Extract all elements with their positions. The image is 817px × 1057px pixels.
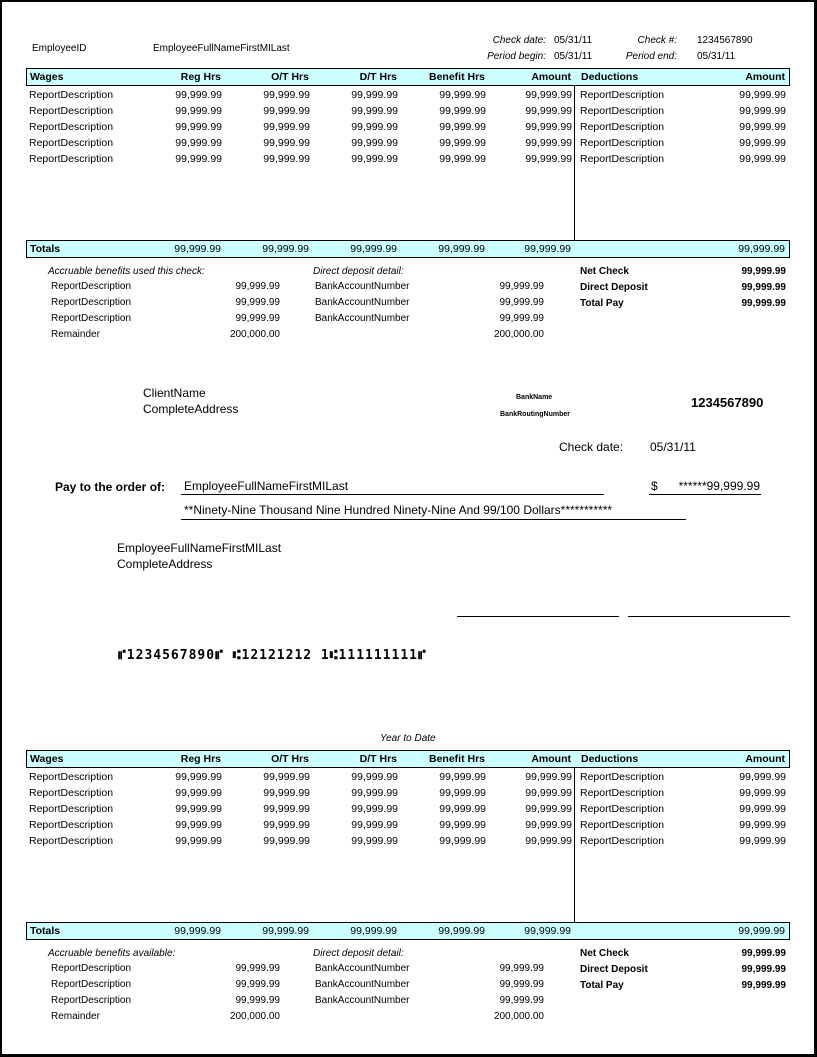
period-begin-label: Period begin: xyxy=(487,51,546,62)
cell-damt: 99,999.99 xyxy=(739,803,786,815)
period-begin: 05/31/11 xyxy=(554,51,592,62)
cell-damt: 99,999.99 xyxy=(739,819,786,831)
cell-reg: 99,999.99 xyxy=(175,803,222,815)
cell-amt: 99,999.99 xyxy=(525,819,572,831)
cell-ben: 99,999.99 xyxy=(439,121,486,133)
deposit-account: BankAccountNumber xyxy=(315,313,410,324)
column-header-deductions: Deductions xyxy=(581,753,638,765)
earnings-row: ReportDescription99,999.9999,999.9999,99… xyxy=(26,152,790,168)
accruable-value: 99,999.99 xyxy=(236,963,281,974)
cell-amt: 99,999.99 xyxy=(525,787,572,799)
summary-label: Direct Deposit xyxy=(580,282,648,293)
cell-ded: ReportDescription xyxy=(580,803,664,815)
dollar-sign: $ xyxy=(651,479,658,493)
deposit-account: BankAccountNumber xyxy=(315,297,410,308)
cell-ot: 99,999.99 xyxy=(263,835,310,847)
amount-words-line xyxy=(181,519,686,520)
check-number-large: 1234567890 xyxy=(691,395,763,410)
mail-name: EmployeeFullNameFirstMILast xyxy=(117,541,281,555)
check-number: 1234567890 xyxy=(697,35,753,46)
totals-label: Totals xyxy=(30,925,60,937)
cell-amt: 99,999.99 xyxy=(525,803,572,815)
cell-amt: 99,999.99 xyxy=(525,137,572,149)
pay-to-label: Pay to the order of: xyxy=(55,480,165,494)
column-header-wages: Wages xyxy=(30,71,63,83)
column-header-ded-amount: Amount xyxy=(745,71,785,83)
total-ot: 99,999.99 xyxy=(262,925,309,937)
earnings-row: ReportDescription99,999.9999,999.9999,99… xyxy=(26,802,790,818)
cell-desc: ReportDescription xyxy=(29,835,113,847)
deposit-account: BankAccountNumber xyxy=(315,281,410,292)
cell-reg: 99,999.99 xyxy=(175,121,222,133)
cell-amt: 99,999.99 xyxy=(525,835,572,847)
check-date: 05/31/11 xyxy=(554,35,592,46)
accruable-desc: ReportDescription xyxy=(51,281,131,292)
earnings-row: ReportDescription99,999.9999,999.9999,99… xyxy=(26,88,790,104)
cell-ben: 99,999.99 xyxy=(439,153,486,165)
cell-desc: ReportDescription xyxy=(29,803,113,815)
total-dt: 99,999.99 xyxy=(350,925,397,937)
earnings-row: ReportDescription99,999.9999,999.9999,99… xyxy=(26,786,790,802)
check-date-label: Check date: xyxy=(493,35,546,46)
payee-name: EmployeeFullNameFirstMILast xyxy=(184,479,348,493)
check-number-label: Check #: xyxy=(638,35,677,46)
period-end: 05/31/11 xyxy=(697,51,735,62)
column-header-ded-amount: Amount xyxy=(745,753,785,765)
cell-ben: 99,999.99 xyxy=(439,787,486,799)
accruable-value: 99,999.99 xyxy=(236,979,281,990)
accruable-title: Accruable benefits available: xyxy=(48,948,175,959)
cell-ot: 99,999.99 xyxy=(263,121,310,133)
cell-ben: 99,999.99 xyxy=(439,137,486,149)
client-name: ClientName xyxy=(143,386,206,400)
total-amt: 99,999.99 xyxy=(524,243,571,255)
cell-dt: 99,999.99 xyxy=(351,121,398,133)
cell-dt: 99,999.99 xyxy=(351,787,398,799)
summary-label: Net Check xyxy=(580,948,629,959)
cell-ded: ReportDescription xyxy=(580,121,664,133)
cell-reg: 99,999.99 xyxy=(175,819,222,831)
earnings-row: ReportDescription99,999.9999,999.9999,99… xyxy=(26,104,790,120)
cell-dt: 99,999.99 xyxy=(351,89,398,101)
client-address: CompleteAddress xyxy=(143,402,238,416)
cell-ot: 99,999.99 xyxy=(263,803,310,815)
cell-reg: 99,999.99 xyxy=(175,89,222,101)
cell-dt: 99,999.99 xyxy=(351,137,398,149)
column-header-benefit-hrs: Benefit Hrs xyxy=(429,71,485,83)
cell-ben: 99,999.99 xyxy=(439,803,486,815)
total-ben: 99,999.99 xyxy=(438,243,485,255)
accruable-value: 200,000.00 xyxy=(230,1011,280,1022)
cell-ot: 99,999.99 xyxy=(263,105,310,117)
cell-amt: 99,999.99 xyxy=(525,89,572,101)
employee-name: EmployeeFullNameFirstMILast xyxy=(153,43,290,54)
summary-label: Net Check xyxy=(580,266,629,277)
cell-amt: 99,999.99 xyxy=(525,771,572,783)
cell-damt: 99,999.99 xyxy=(739,153,786,165)
total-amt: 99,999.99 xyxy=(524,925,571,937)
deposit-account: BankAccountNumber xyxy=(315,963,410,974)
bank-name: BankName xyxy=(516,394,552,401)
accruable-value: 99,999.99 xyxy=(236,281,281,292)
accruable-desc: ReportDescription xyxy=(51,995,131,1006)
column-header-benefit-hrs: Benefit Hrs xyxy=(429,753,485,765)
cell-amt: 99,999.99 xyxy=(525,121,572,133)
cell-ot: 99,999.99 xyxy=(263,137,310,149)
column-header-ot-hrs: O/T Hrs xyxy=(271,71,309,83)
cell-damt: 99,999.99 xyxy=(739,105,786,117)
earnings-row: ReportDescription99,999.9999,999.9999,99… xyxy=(26,834,790,850)
accruable-value: 99,999.99 xyxy=(236,297,281,308)
cell-desc: ReportDescription xyxy=(29,153,113,165)
cell-reg: 99,999.99 xyxy=(175,771,222,783)
check-date-label-large: Check date: xyxy=(559,440,623,454)
accruable-value: 200,000.00 xyxy=(230,329,280,340)
period-end-label: Period end: xyxy=(626,51,677,62)
accruable-desc: ReportDescription xyxy=(51,313,131,324)
cell-desc: ReportDescription xyxy=(29,137,113,149)
cell-amt: 99,999.99 xyxy=(525,105,572,117)
cell-ot: 99,999.99 xyxy=(263,153,310,165)
cell-damt: 99,999.99 xyxy=(739,771,786,783)
deposit-value: 200,000.00 xyxy=(494,329,544,340)
mail-address: CompleteAddress xyxy=(117,557,212,571)
cell-ot: 99,999.99 xyxy=(263,819,310,831)
cell-amt: 99,999.99 xyxy=(525,153,572,165)
signature-line-2 xyxy=(628,616,790,617)
earnings-header: WagesReg HrsO/T HrsD/T HrsBenefit HrsAmo… xyxy=(26,68,790,86)
column-header-reg-hrs: Reg Hrs xyxy=(181,71,221,83)
signature-line-1 xyxy=(457,616,619,617)
column-header-amount: Amount xyxy=(531,753,571,765)
deposit-value: 99,999.99 xyxy=(500,995,545,1006)
cell-dt: 99,999.99 xyxy=(351,819,398,831)
accruable-value: 99,999.99 xyxy=(236,995,281,1006)
cell-ot: 99,999.99 xyxy=(263,771,310,783)
column-header-ot-hrs: O/T Hrs xyxy=(271,753,309,765)
micr-line: ⑈1234567890⑈ ⑆12121212 1⑆111111111⑈ xyxy=(118,648,427,663)
total-reg: 99,999.99 xyxy=(174,925,221,937)
cell-damt: 99,999.99 xyxy=(739,835,786,847)
totals-row: Totals99,999.9999,999.9999,999.9999,999.… xyxy=(26,922,790,940)
summary-value: 99,999.99 xyxy=(742,298,787,309)
totals-label: Totals xyxy=(30,243,60,255)
deposit-title: Direct deposit detail: xyxy=(313,266,404,277)
cell-ben: 99,999.99 xyxy=(439,819,486,831)
cell-ded: ReportDescription xyxy=(580,787,664,799)
check-date-large: 05/31/11 xyxy=(650,440,696,454)
accruable-desc: Remainder xyxy=(51,1011,100,1022)
deposit-value: 99,999.99 xyxy=(500,979,545,990)
summary-value: 99,999.99 xyxy=(742,948,787,959)
employee-id: EmployeeID xyxy=(32,43,86,54)
summary-value: 99,999.99 xyxy=(742,980,787,991)
deposit-title: Direct deposit detail: xyxy=(313,948,404,959)
cell-ben: 99,999.99 xyxy=(439,835,486,847)
cell-damt: 99,999.99 xyxy=(739,89,786,101)
total-ben: 99,999.99 xyxy=(438,925,485,937)
cell-ded: ReportDescription xyxy=(580,771,664,783)
deposit-value: 99,999.99 xyxy=(500,313,545,324)
deposit-account: BankAccountNumber xyxy=(315,995,410,1006)
deposit-account: BankAccountNumber xyxy=(315,979,410,990)
check-amount: ******99,999.99 xyxy=(679,479,760,493)
cell-reg: 99,999.99 xyxy=(175,137,222,149)
earnings-header: WagesReg HrsO/T HrsD/T HrsBenefit HrsAmo… xyxy=(26,750,790,768)
cell-desc: ReportDescription xyxy=(29,89,113,101)
amount-words: **Ninety-Nine Thousand Nine Hundred Nine… xyxy=(184,503,612,517)
summary-label: Direct Deposit xyxy=(580,964,648,975)
cell-ben: 99,999.99 xyxy=(439,771,486,783)
cell-reg: 99,999.99 xyxy=(175,787,222,799)
cell-damt: 99,999.99 xyxy=(739,121,786,133)
cell-dt: 99,999.99 xyxy=(351,771,398,783)
accruable-value: 99,999.99 xyxy=(236,313,281,324)
cell-dt: 99,999.99 xyxy=(351,803,398,815)
accruable-desc: ReportDescription xyxy=(51,979,131,990)
cell-ben: 99,999.99 xyxy=(439,105,486,117)
cell-damt: 99,999.99 xyxy=(739,137,786,149)
deposit-value: 99,999.99 xyxy=(500,281,545,292)
cell-reg: 99,999.99 xyxy=(175,835,222,847)
payee-line xyxy=(181,494,604,495)
cell-ded: ReportDescription xyxy=(580,89,664,101)
total-dt: 99,999.99 xyxy=(350,243,397,255)
cell-dt: 99,999.99 xyxy=(351,835,398,847)
cell-dt: 99,999.99 xyxy=(351,105,398,117)
total-damt: 99,999.99 xyxy=(738,925,785,937)
cell-desc: ReportDescription xyxy=(29,121,113,133)
deposit-value: 99,999.99 xyxy=(500,963,545,974)
cell-ded: ReportDescription xyxy=(580,153,664,165)
total-damt: 99,999.99 xyxy=(738,243,785,255)
cell-desc: ReportDescription xyxy=(29,819,113,831)
cell-damt: 99,999.99 xyxy=(739,787,786,799)
cell-ben: 99,999.99 xyxy=(439,89,486,101)
total-reg: 99,999.99 xyxy=(174,243,221,255)
earnings-row: ReportDescription99,999.9999,999.9999,99… xyxy=(26,136,790,152)
bank-routing: BankRoutingNumber xyxy=(500,411,570,418)
cell-reg: 99,999.99 xyxy=(175,153,222,165)
deposit-value: 99,999.99 xyxy=(500,297,545,308)
summary-label: Total Pay xyxy=(580,298,624,309)
accruable-title: Accruable benefits used this check: xyxy=(48,266,205,277)
deposit-value: 200,000.00 xyxy=(494,1011,544,1022)
ytd-title: Year to Date xyxy=(380,733,436,744)
cell-reg: 99,999.99 xyxy=(175,105,222,117)
total-ot: 99,999.99 xyxy=(262,243,309,255)
column-header-amount: Amount xyxy=(531,71,571,83)
column-header-dt-hrs: D/T Hrs xyxy=(360,71,397,83)
cell-ded: ReportDescription xyxy=(580,819,664,831)
earnings-row: ReportDescription99,999.9999,999.9999,99… xyxy=(26,818,790,834)
summary-value: 99,999.99 xyxy=(742,282,787,293)
amount-line xyxy=(649,494,761,495)
cell-ded: ReportDescription xyxy=(580,835,664,847)
column-header-deductions: Deductions xyxy=(581,71,638,83)
cell-desc: ReportDescription xyxy=(29,787,113,799)
accruable-desc: ReportDescription xyxy=(51,297,131,308)
totals-row: Totals99,999.9999,999.9999,999.9999,999.… xyxy=(26,240,790,258)
column-header-dt-hrs: D/T Hrs xyxy=(360,753,397,765)
accruable-desc: Remainder xyxy=(51,329,100,340)
accruable-desc: ReportDescription xyxy=(51,963,131,974)
summary-label: Total Pay xyxy=(580,980,624,991)
column-header-wages: Wages xyxy=(30,753,63,765)
cell-ded: ReportDescription xyxy=(580,105,664,117)
cell-ot: 99,999.99 xyxy=(263,787,310,799)
cell-ded: ReportDescription xyxy=(580,137,664,149)
earnings-row: ReportDescription99,999.9999,999.9999,99… xyxy=(26,770,790,786)
column-header-reg-hrs: Reg Hrs xyxy=(181,753,221,765)
cell-dt: 99,999.99 xyxy=(351,153,398,165)
summary-value: 99,999.99 xyxy=(742,964,787,975)
cell-desc: ReportDescription xyxy=(29,771,113,783)
cell-desc: ReportDescription xyxy=(29,105,113,117)
earnings-row: ReportDescription99,999.9999,999.9999,99… xyxy=(26,120,790,136)
summary-value: 99,999.99 xyxy=(742,266,787,277)
cell-ot: 99,999.99 xyxy=(263,89,310,101)
